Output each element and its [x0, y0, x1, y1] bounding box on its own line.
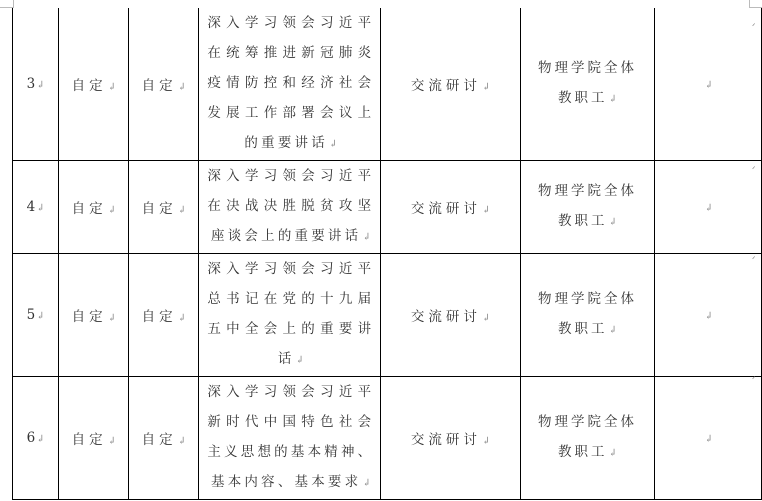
cell-col2[interactable]: 自定↲: [59, 377, 129, 500]
topic-line-text: 发展工作部署会议上: [207, 105, 374, 121]
audience-line: 教职工↲: [531, 83, 645, 115]
audience-line: 物理学院全体: [531, 407, 645, 437]
topic-line: 深入学习领会习近平: [207, 254, 374, 284]
cell-note[interactable]: ↲: [655, 377, 762, 500]
paragraph-mark-icon: ↲: [296, 355, 304, 366]
topic-line: 在统筹推进新冠肺炎: [207, 38, 374, 68]
topic-line-text: 话: [278, 351, 295, 367]
paragraph-mark-icon: ↲: [108, 313, 116, 324]
paragraph-mark-icon: ↲: [609, 217, 617, 228]
col2-text: 自定: [72, 309, 107, 325]
audience-line-text: 教职工: [558, 213, 608, 229]
paragraph-mark-icon: ↲: [329, 139, 337, 150]
paragraph-mark-icon: ↲: [482, 436, 490, 447]
paragraph-mark-icon: ↲: [108, 436, 116, 447]
paragraph-mark-icon: ↲: [609, 448, 617, 459]
cell-col2[interactable]: 自定↲: [59, 254, 129, 377]
audience-line-text: 物理学院全体: [538, 60, 637, 76]
audience-line-text: 物理学院全体: [538, 414, 637, 430]
paragraph-mark-icon: ↲: [36, 80, 44, 91]
topic-line-text: 深入学习领会习近平: [207, 15, 374, 31]
audience-line-text: 物理学院全体: [538, 291, 637, 307]
cell-topic[interactable]: 深入学习领会习近平在统筹推进新冠肺炎疫情防控和经济社会发展工作部署会议上的重要讲…: [199, 8, 381, 161]
topic-line: 疫情防控和经济社会: [207, 68, 374, 98]
paragraph-mark-icon: ↲: [36, 311, 44, 322]
table-row: 3↲自定↲自定↲深入学习领会习近平在统筹推进新冠肺炎疫情防控和经济社会发展工作部…: [13, 8, 762, 161]
paragraph-mark-icon: ↲: [178, 205, 186, 216]
topic-line: 话↲: [207, 344, 374, 376]
paragraph-mark-icon: ↲: [609, 94, 617, 105]
cell-col3[interactable]: 自定↲: [129, 254, 199, 377]
page-margin-corner-left: [0, 0, 14, 8]
topic-line: 发展工作部署会议上: [207, 98, 374, 128]
topic-line-text: 基本内容、基本要求: [211, 474, 361, 490]
cell-index[interactable]: 3↲: [13, 8, 59, 161]
row-end-mark-icon: ᐟ: [752, 22, 755, 31]
topic-line: 基本内容、基本要求↲: [207, 467, 374, 499]
paragraph-mark-icon: ↲: [108, 82, 116, 93]
cell-col3[interactable]: 自定↲: [129, 161, 199, 254]
audience-line-text: 教职工: [558, 444, 608, 460]
topic-line-text: 在统筹推进新冠肺炎: [207, 45, 374, 61]
cell-format[interactable]: 交流研讨↲: [381, 161, 520, 254]
cell-col3[interactable]: 自定↲: [129, 377, 199, 500]
cell-index[interactable]: 5↲: [13, 254, 59, 377]
col3-text: 自定: [142, 309, 177, 325]
row-end-mark-icon: ᐟ: [752, 165, 755, 174]
cell-format[interactable]: 交流研讨↲: [381, 377, 520, 500]
col2-text: 自定: [72, 432, 107, 448]
audience-line: 教职工↲: [531, 314, 645, 346]
topic-line: 深入学习领会习近平: [207, 161, 374, 191]
paragraph-mark-icon: ↲: [704, 434, 712, 445]
col3-text: 自定: [142, 432, 177, 448]
paragraph-mark-icon: ↲: [178, 82, 186, 93]
col2-text: 自定: [72, 201, 107, 217]
topic-line-text: 新时代中国特色社会: [207, 414, 374, 430]
cell-audience[interactable]: 物理学院全体教职工↲: [520, 254, 655, 377]
paragraph-mark-icon: ↲: [704, 80, 712, 91]
topic-line-text: 五中全会上的重要讲: [207, 321, 374, 337]
topic-line: 的重要讲话↲: [207, 128, 374, 160]
cell-col3[interactable]: 自定↲: [129, 8, 199, 161]
paragraph-mark-icon: ↲: [36, 203, 44, 214]
cell-audience[interactable]: 物理学院全体教职工↲: [520, 377, 655, 500]
format-text: 交流研讨: [411, 78, 481, 94]
table-row: 4↲自定↲自定↲深入学习领会习近平在决战决胜脱贫攻坚座谈会上的重要讲话↲交流研讨…: [13, 161, 762, 254]
paragraph-mark-icon: ↲: [704, 311, 712, 322]
table-row: 5↲自定↲自定↲深入学习领会习近平总书记在党的十九届五中全会上的重要讲话↲交流研…: [13, 254, 762, 377]
paragraph-mark-icon: ↲: [609, 325, 617, 336]
topic-line: 五中全会上的重要讲: [207, 314, 374, 344]
topic-line-text: 在决战决胜脱贫攻坚: [207, 198, 374, 214]
page-margin-corner-right: [749, 0, 762, 8]
paragraph-mark-icon: ↲: [362, 232, 370, 243]
paragraph-mark-icon: ↲: [178, 313, 186, 324]
paragraph-mark-icon: ↲: [482, 313, 490, 324]
audience-line: 教职工↲: [531, 206, 645, 238]
cell-audience[interactable]: 物理学院全体教职工↲: [520, 161, 655, 254]
cell-format[interactable]: 交流研讨↲: [381, 254, 520, 377]
topic-line: 深入学习领会习近平: [207, 377, 374, 407]
table-row: 6↲自定↲自定↲深入学习领会习近平新时代中国特色社会主义思想的基本精神、基本内容…: [13, 377, 762, 500]
topic-line-text: 深入学习领会习近平: [207, 261, 374, 277]
cell-note[interactable]: ↲: [655, 254, 762, 377]
index-text: 3: [27, 76, 36, 92]
cell-note[interactable]: ↲: [655, 8, 762, 161]
audience-line: 教职工↲: [531, 437, 645, 469]
paragraph-mark-icon: ↲: [362, 478, 370, 489]
paragraph-mark-icon: ↲: [36, 434, 44, 445]
cell-note[interactable]: ↲: [655, 161, 762, 254]
cell-format[interactable]: 交流研讨↲: [381, 8, 520, 161]
paragraph-mark-icon: ↲: [482, 205, 490, 216]
index-text: 4: [27, 199, 36, 215]
index-text: 5: [27, 307, 36, 323]
paragraph-mark-icon: ↲: [108, 205, 116, 216]
topic-line-text: 座谈会上的重要讲话: [211, 228, 361, 244]
paragraph-mark-icon: ↲: [704, 203, 712, 214]
cell-topic[interactable]: 深入学习领会习近平新时代中国特色社会主义思想的基本精神、基本内容、基本要求↲: [199, 377, 381, 500]
cell-col2[interactable]: 自定↲: [59, 161, 129, 254]
audience-line: 物理学院全体: [531, 176, 645, 206]
audience-line-text: 教职工: [558, 90, 608, 106]
audience-line: 物理学院全体: [531, 284, 645, 314]
topic-line-text: 主义思想的基本精神、: [207, 444, 374, 460]
cell-index[interactable]: 4↲: [13, 161, 59, 254]
col3-text: 自定: [142, 201, 177, 217]
topic-line: 在决战决胜脱贫攻坚: [207, 191, 374, 221]
row-end-mark-icon: ᐟ: [752, 375, 755, 384]
topic-line-text: 深入学习领会习近平: [207, 384, 374, 400]
audience-line: 物理学院全体: [531, 53, 645, 83]
cell-topic[interactable]: 深入学习领会习近平总书记在党的十九届五中全会上的重要讲话↲: [199, 254, 381, 377]
schedule-table: 3↲自定↲自定↲深入学习领会习近平在统筹推进新冠肺炎疫情防控和经济社会发展工作部…: [12, 8, 762, 500]
topic-line-text: 疫情防控和经济社会: [207, 75, 374, 91]
audience-line-text: 教职工: [558, 321, 608, 337]
cell-col2[interactable]: 自定↲: [59, 8, 129, 161]
col3-text: 自定: [142, 78, 177, 94]
topic-line: 主义思想的基本精神、: [207, 437, 374, 467]
format-text: 交流研讨: [411, 201, 481, 217]
paragraph-mark-icon: ↲: [178, 436, 186, 447]
cell-topic[interactable]: 深入学习领会习近平在决战决胜脱贫攻坚座谈会上的重要讲话↲: [199, 161, 381, 254]
row-end-mark-icon: ᐟ: [752, 255, 755, 264]
format-text: 交流研讨: [411, 432, 481, 448]
topic-line: 深入学习领会习近平: [207, 8, 374, 38]
topic-line-text: 深入学习领会习近平: [207, 168, 374, 184]
topic-line-text: 总书记在党的十九届: [207, 291, 374, 307]
index-text: 6: [27, 430, 36, 446]
format-text: 交流研讨: [411, 309, 481, 325]
audience-line-text: 物理学院全体: [538, 183, 637, 199]
col2-text: 自定: [72, 78, 107, 94]
topic-line-text: 的重要讲话: [244, 135, 328, 151]
topic-line: 总书记在党的十九届: [207, 284, 374, 314]
cell-audience[interactable]: 物理学院全体教职工↲: [520, 8, 655, 161]
topic-line: 新时代中国特色社会: [207, 407, 374, 437]
topic-line: 座谈会上的重要讲话↲: [207, 221, 374, 253]
paragraph-mark-icon: ↲: [482, 82, 490, 93]
cell-index[interactable]: 6↲: [13, 377, 59, 500]
